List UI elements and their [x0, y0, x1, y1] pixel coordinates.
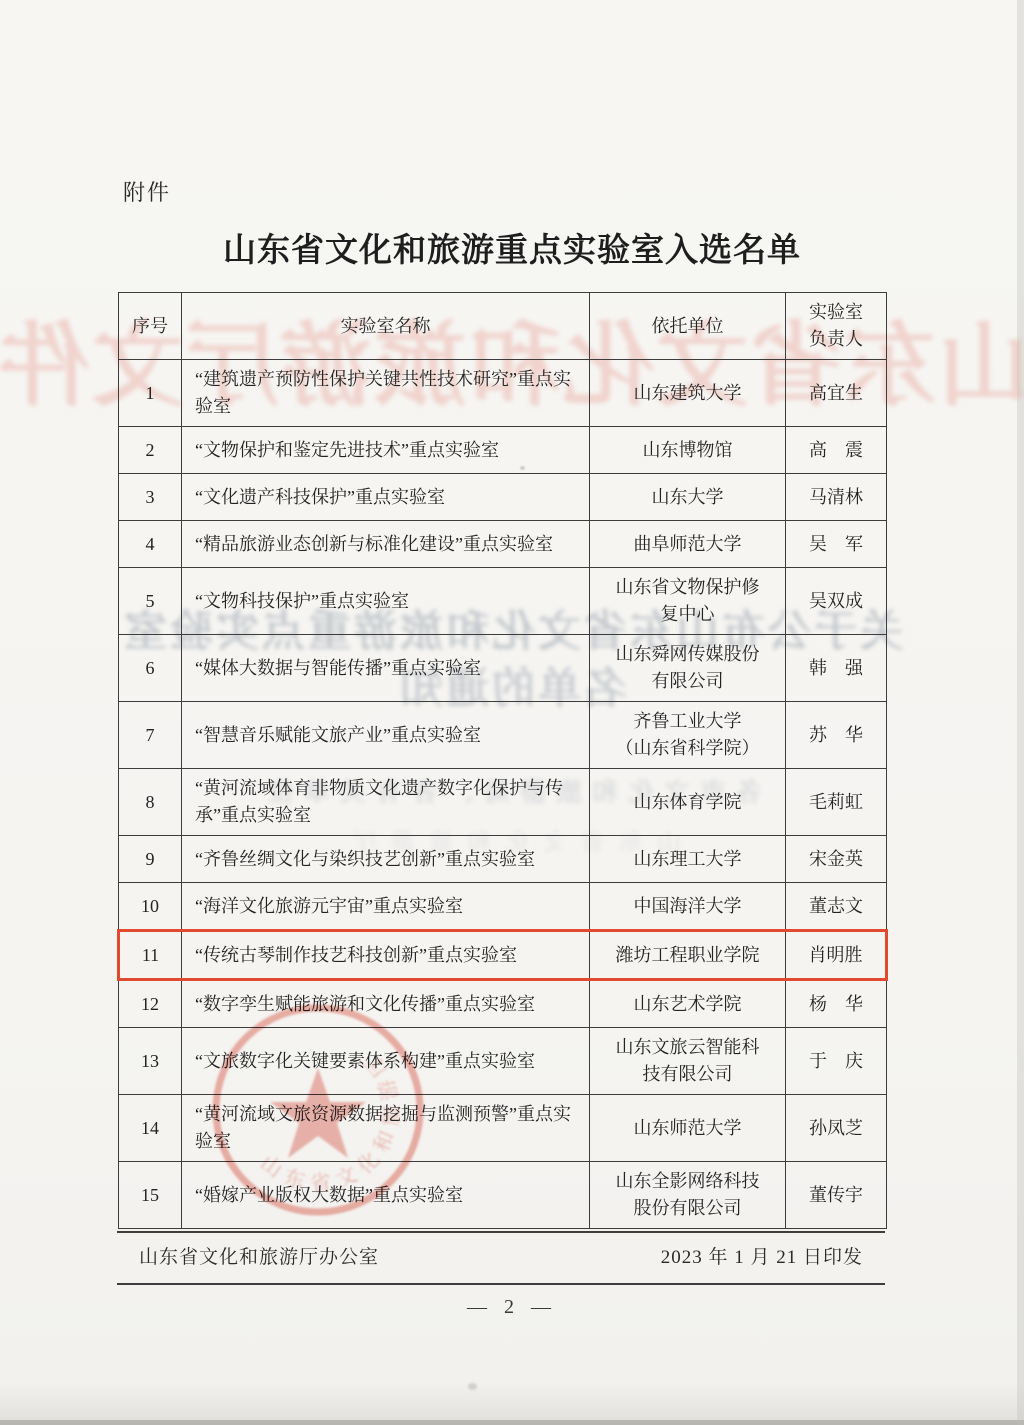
cell-lab-name: “建筑遗产预防性保护关键共性技术研究”重点实验室: [182, 360, 590, 427]
header-lab-name: 实验室名称: [182, 293, 590, 360]
lab-list-table: 序号 实验室名称 依托单位 实验室 负责人 1 “建筑遗产预防性保护关键共性技术…: [117, 292, 888, 1229]
scan-right-edge: [1017, 0, 1024, 1425]
cell-supporting-unit: 山东大学: [590, 474, 786, 521]
cell-lab-director: 于 庆: [786, 1028, 887, 1095]
header-serial-number: 序号: [119, 293, 182, 360]
cell-supporting-unit: 山东博物馆: [590, 427, 786, 474]
cell-lab-name: “齐鲁丝绸文化与染织技艺创新”重点实验室: [182, 836, 590, 883]
header-supporting-unit: 依托单位: [590, 293, 786, 360]
cell-lab-name: “黄河流域文旅资源数据挖掘与监测预警”重点实验室: [182, 1095, 590, 1162]
cell-serial-number: 10: [119, 883, 182, 931]
cell-supporting-unit: 山东文旅云智能科 技有限公司: [590, 1028, 786, 1095]
table-row: 14 “黄河流域文旅资源数据挖掘与监测预警”重点实验室 山东师范大学 孙凤芝: [119, 1095, 887, 1162]
cell-lab-director: 高宜生: [786, 360, 887, 427]
cell-serial-number: 14: [119, 1095, 182, 1162]
cell-lab-director: 高 震: [786, 427, 887, 474]
cell-lab-name: “数字孪生赋能旅游和文化传播”重点实验室: [182, 980, 590, 1028]
cell-serial-number: 12: [119, 980, 182, 1028]
table-row: 9 “齐鲁丝绸文化与染织技艺创新”重点实验室 山东理工大学 宋金英: [119, 836, 887, 883]
cell-lab-name: “媒体大数据与智能传播”重点实验室: [182, 635, 590, 702]
cell-lab-director: 吴双成: [786, 568, 887, 635]
cell-serial-number: 5: [119, 568, 182, 635]
cell-lab-director: 毛莉虹: [786, 769, 887, 836]
cell-lab-name: “智慧音乐赋能文旅产业”重点实验室: [182, 702, 590, 769]
table-row: 1 “建筑遗产预防性保护关键共性技术研究”重点实验室 山东建筑大学 高宜生: [119, 360, 887, 427]
cell-serial-number: 9: [119, 836, 182, 883]
cell-serial-number: 7: [119, 702, 182, 769]
cell-lab-name: “文旅数字化关键要素体系构建”重点实验室: [182, 1028, 590, 1095]
cell-lab-director: 吴 军: [786, 521, 887, 568]
cell-serial-number: 8: [119, 769, 182, 836]
cell-supporting-unit: 山东舜网传媒股份 有限公司: [590, 635, 786, 702]
table-row: 3 “文化遗产科技保护”重点实验室 山东大学 马清林: [119, 474, 887, 521]
cell-supporting-unit: 山东全影网络科技 股份有限公司: [590, 1162, 786, 1229]
cell-lab-name: “精品旅游业态创新与标准化建设”重点实验室: [182, 521, 590, 568]
table-row: 10 “海洋文化旅游元宇宙”重点实验室 中国海洋大学 董志文: [119, 883, 887, 931]
footer-print-date: 2023 年 1 月 21 日印发: [661, 1242, 863, 1269]
table-row: 15 “婚嫁产业版权大数据”重点实验室 山东全影网络科技 股份有限公司 董传宇: [119, 1162, 887, 1229]
table-row: 4 “精品旅游业态创新与标准化建设”重点实验室 曲阜师范大学 吴 军: [119, 521, 887, 568]
cell-lab-name: “海洋文化旅游元宇宙”重点实验室: [182, 883, 590, 931]
cell-serial-number: 4: [119, 521, 182, 568]
table-row: 11 “传统古琴制作技艺科技创新”重点实验室 潍坊工程职业学院 肖明胜: [119, 931, 887, 980]
cell-lab-director: 肖明胜: [786, 931, 887, 980]
table-row: 6 “媒体大数据与智能传播”重点实验室 山东舜网传媒股份 有限公司 韩 强: [119, 635, 887, 702]
cell-lab-director: 董传宇: [786, 1162, 887, 1229]
table-row: 2 “文物保护和鉴定先进技术”重点实验室 山东博物馆 高 震: [119, 427, 887, 474]
cell-lab-name: “文化遗产科技保护”重点实验室: [182, 474, 590, 521]
cell-serial-number: 11: [119, 931, 182, 980]
lab-table-body: 1 “建筑遗产预防性保护关键共性技术研究”重点实验室 山东建筑大学 高宜生 2 …: [119, 360, 887, 1229]
page-number: — 2 —: [0, 1296, 1024, 1319]
table-row: 7 “智慧音乐赋能文旅产业”重点实验室 齐鲁工业大学 （山东省科学院） 苏 华: [119, 702, 887, 769]
table-header-row: 序号 实验室名称 依托单位 实验室 负责人: [119, 293, 887, 360]
table-row: 12 “数字孪生赋能旅游和文化传播”重点实验室 山东艺术学院 杨 华: [119, 980, 887, 1028]
scan-speck: [468, 1383, 477, 1390]
table-row: 13 “文旅数字化关键要素体系构建”重点实验室 山东文旅云智能科 技有限公司 于…: [119, 1028, 887, 1095]
document-title: 山东省文化和旅游重点实验室入选名单: [0, 224, 1024, 271]
table-row: 8 “黄河流域体育非物质文化遗产数字化保护与传承”重点实验室 山东体育学院 毛莉…: [119, 769, 887, 836]
footer-top-rule: [117, 1231, 885, 1233]
cell-lab-director: 马清林: [786, 474, 887, 521]
cell-serial-number: 1: [119, 360, 182, 427]
cell-lab-name: “文物保护和鉴定先进技术”重点实验室: [182, 427, 590, 474]
cell-supporting-unit: 山东体育学院: [590, 769, 786, 836]
lab-list-table-container: 序号 实验室名称 依托单位 实验室 负责人 1 “建筑遗产预防性保护关键共性技术…: [117, 292, 885, 1229]
footer-bottom-rule: [117, 1283, 885, 1285]
cell-lab-name: “传统古琴制作技艺科技创新”重点实验室: [182, 931, 590, 980]
cell-supporting-unit: 山东理工大学: [590, 836, 786, 883]
cell-serial-number: 2: [119, 427, 182, 474]
cell-lab-director: 韩 强: [786, 635, 887, 702]
cell-supporting-unit: 山东省文物保护修 复中心: [590, 568, 786, 635]
cell-lab-name: “黄河流域体育非物质文化遗产数字化保护与传承”重点实验室: [182, 769, 590, 836]
cell-supporting-unit: 曲阜师范大学: [590, 521, 786, 568]
footer-issuer: 山东省文化和旅游厅办公室: [139, 1242, 379, 1269]
cell-lab-name: “婚嫁产业版权大数据”重点实验室: [182, 1162, 590, 1229]
cell-lab-name: “文物科技保护”重点实验室: [182, 568, 590, 635]
cell-lab-director: 孙凤芝: [786, 1095, 887, 1162]
cell-lab-director: 宋金英: [786, 836, 887, 883]
cell-supporting-unit: 中国海洋大学: [590, 883, 786, 931]
table-row: 5 “文物科技保护”重点实验室 山东省文物保护修 复中心 吴双成: [119, 568, 887, 635]
cell-supporting-unit: 山东建筑大学: [590, 360, 786, 427]
cell-serial-number: 3: [119, 474, 182, 521]
scanned-document-page: 山东省文化和旅游厅文件 关于公布山东省文化和旅游重点实验室 名单的通知 各市文化…: [0, 0, 1024, 1425]
cell-serial-number: 15: [119, 1162, 182, 1229]
scan-bottom-edge: [0, 1420, 1024, 1425]
cell-lab-director: 杨 华: [786, 980, 887, 1028]
header-lab-director: 实验室 负责人: [786, 293, 887, 360]
cell-serial-number: 6: [119, 635, 182, 702]
cell-supporting-unit: 山东师范大学: [590, 1095, 786, 1162]
cell-supporting-unit: 齐鲁工业大学 （山东省科学院）: [590, 702, 786, 769]
cell-supporting-unit: 潍坊工程职业学院: [590, 931, 786, 980]
cell-supporting-unit: 山东艺术学院: [590, 980, 786, 1028]
cell-lab-director: 苏 华: [786, 702, 887, 769]
attachment-label: 附件: [123, 176, 171, 207]
footer-issuer-line: 山东省文化和旅游厅办公室 2023 年 1 月 21 日印发: [117, 1242, 885, 1269]
cell-lab-director: 董志文: [786, 883, 887, 931]
cell-serial-number: 13: [119, 1028, 182, 1095]
